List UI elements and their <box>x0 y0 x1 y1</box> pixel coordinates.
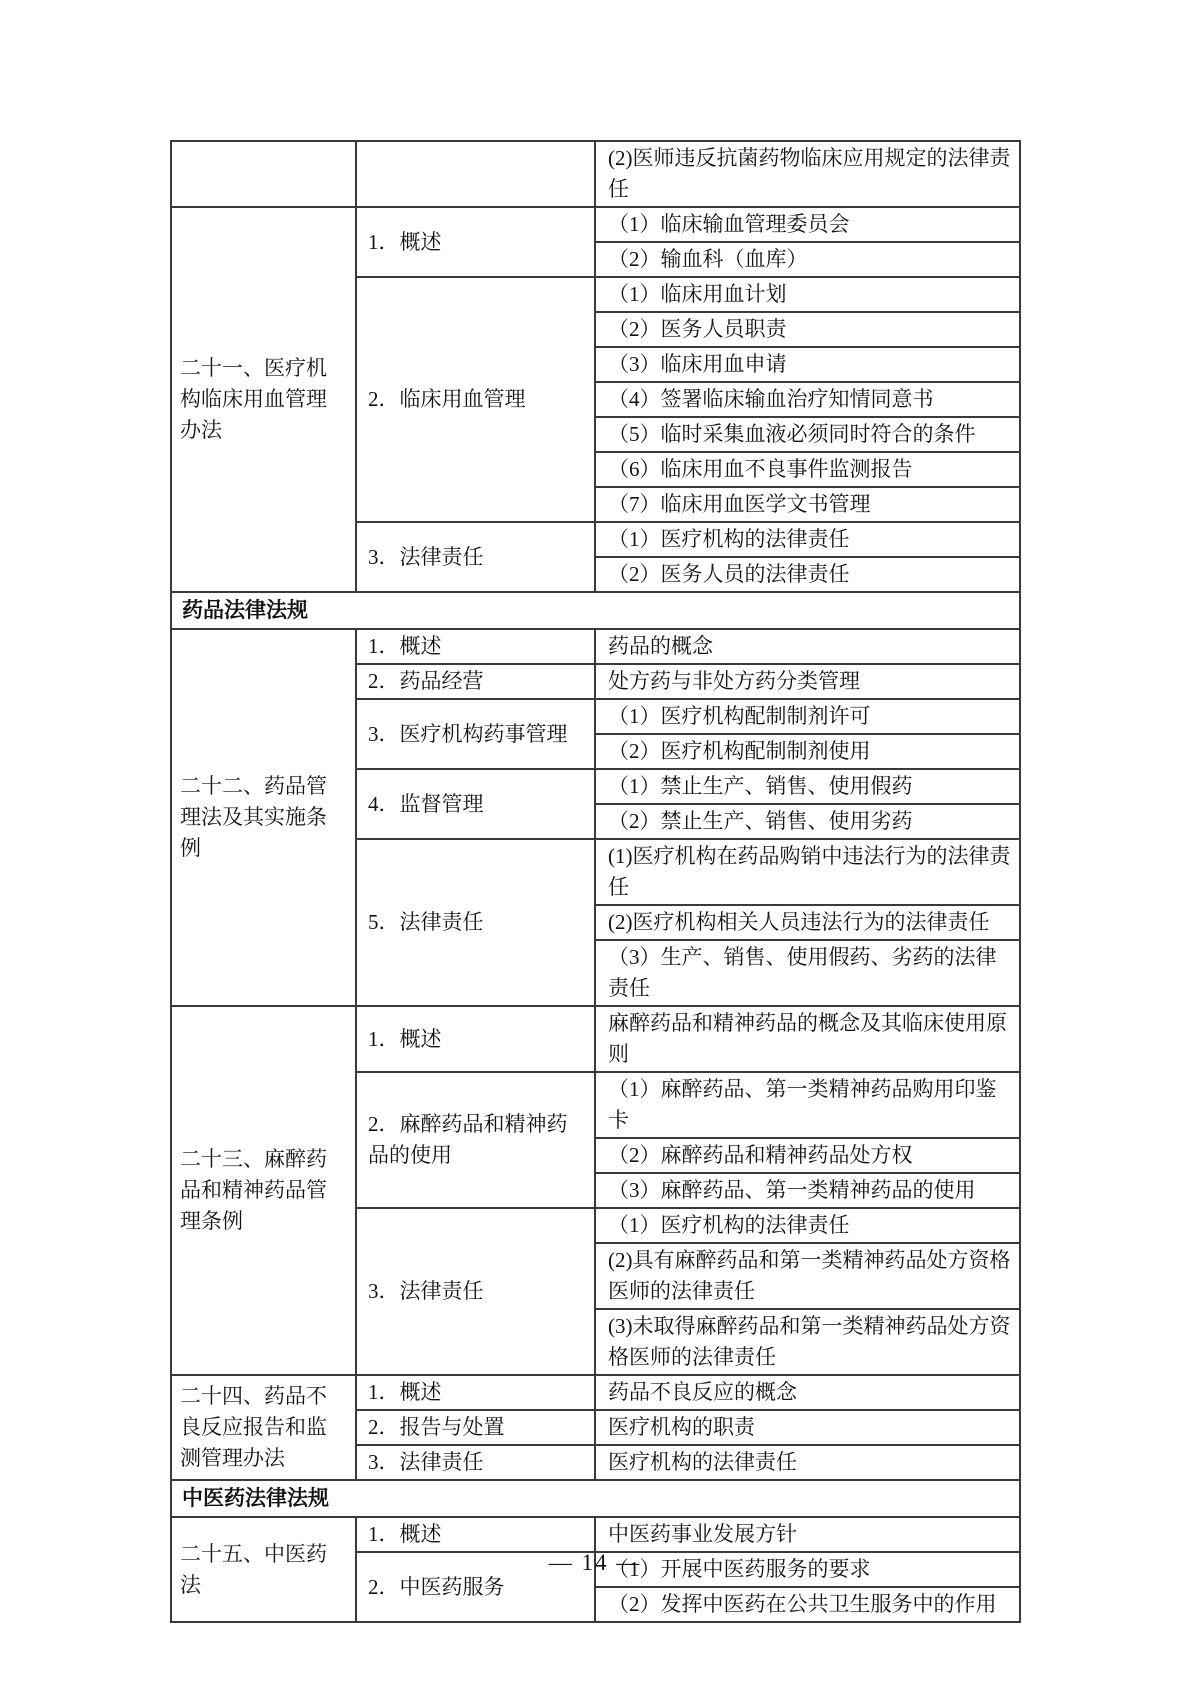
topic-cell: 3．法律责任 <box>356 1208 595 1375</box>
table-row: 二十五、中医药法 1．概述 中医药事业发展方针 <box>171 1517 1020 1552</box>
detail-cell: （3）临床用血申请 <box>595 347 1020 382</box>
detail-cell: （7）临床用血医学文书管理 <box>595 487 1020 522</box>
detail-cell: 药品的概念 <box>595 629 1020 664</box>
detail-cell: （1）临床输血管理委员会 <box>595 207 1020 242</box>
topic-cell: 3．法律责任 <box>356 1445 595 1480</box>
topic-cell: 2．麻醉药品和精神药品的使用 <box>356 1072 595 1208</box>
topic-cell: 3．医疗机构药事管理 <box>356 699 595 769</box>
empty-cell <box>171 141 356 207</box>
topic-cell: 4．监督管理 <box>356 769 595 839</box>
detail-cell: （3）生产、销售、使用假药、劣药的法律责任 <box>595 940 1020 1006</box>
topic-cell: 1．概述 <box>356 1517 595 1552</box>
page-number: — 14 — <box>0 1550 1190 1576</box>
detail-cell: （2）发挥中医药在公共卫生服务中的作用 <box>595 1587 1020 1622</box>
detail-cell: （1）禁止生产、销售、使用假药 <box>595 769 1020 804</box>
detail-cell: 医疗机构的法律责任 <box>595 1445 1020 1480</box>
detail-cell: （2）麻醉药品和精神药品处方权 <box>595 1138 1020 1173</box>
detail-cell: （4）签署临床输血治疗知情同意书 <box>595 382 1020 417</box>
table-row: 二十一、医疗机构临床用血管理办法 1．概述 （1）临床输血管理委员会 <box>171 207 1020 242</box>
detail-cell: （2）医务人员的法律责任 <box>595 557 1020 592</box>
detail-cell: （2）医疗机构配制制剂使用 <box>595 734 1020 769</box>
detail-cell: (2)医疗机构相关人员违法行为的法律责任 <box>595 905 1020 940</box>
topic-cell: 2．临床用血管理 <box>356 277 595 522</box>
detail-cell: 麻醉药品和精神药品的概念及其临床使用原则 <box>595 1006 1020 1072</box>
detail-cell: (3)未取得麻醉药品和第一类精神药品处方资格医师的法律责任 <box>595 1309 1020 1375</box>
section-title-cell: 二十三、麻醉药品和精神药品管理条例 <box>171 1006 356 1375</box>
detail-cell: （5）临时采集血液必须同时符合的条件 <box>595 417 1020 452</box>
detail-cell: 处方药与非处方药分类管理 <box>595 664 1020 699</box>
section-title-cell: 二十一、医疗机构临床用血管理办法 <box>171 207 356 592</box>
detail-cell: （2）医务人员职责 <box>595 312 1020 347</box>
detail-cell: (2)医师违反抗菌药物临床应用规定的法律责任 <box>595 141 1020 207</box>
table-row: 药品法律法规 <box>171 592 1020 629</box>
topic-cell: 1．概述 <box>356 1006 595 1072</box>
section-title-cell: 二十二、药品管理法及其实施条例 <box>171 629 356 1006</box>
topic-cell: 1．概述 <box>356 629 595 664</box>
detail-cell: （1）麻醉药品、第一类精神药品购用印鉴卡 <box>595 1072 1020 1138</box>
detail-cell: （6）临床用血不良事件监测报告 <box>595 452 1020 487</box>
detail-cell: （3）麻醉药品、第一类精神药品的使用 <box>595 1173 1020 1208</box>
table-row: 二十二、药品管理法及其实施条例 1．概述 药品的概念 <box>171 629 1020 664</box>
table-row: 中医药法律法规 <box>171 1480 1020 1517</box>
topic-cell: 5．法律责任 <box>356 839 595 1006</box>
detail-cell: （1）医疗机构的法律责任 <box>595 1208 1020 1243</box>
detail-cell: (1)医疗机构在药品购销中违法行为的法律责任 <box>595 839 1020 905</box>
syllabus-table: (2)医师违反抗菌药物临床应用规定的法律责任 二十一、医疗机构临床用血管理办法 … <box>170 140 1021 1623</box>
detail-cell: （2）输血科（血库） <box>595 242 1020 277</box>
detail-cell: 中医药事业发展方针 <box>595 1517 1020 1552</box>
topic-cell: 2．药品经营 <box>356 664 595 699</box>
category-header-cell: 中医药法律法规 <box>171 1480 1020 1517</box>
detail-cell: 药品不良反应的概念 <box>595 1375 1020 1410</box>
detail-cell: （1）医疗机构的法律责任 <box>595 522 1020 557</box>
topic-cell: 1．概述 <box>356 207 595 277</box>
topic-cell: 3．法律责任 <box>356 522 595 592</box>
table-row: (2)医师违反抗菌药物临床应用规定的法律责任 <box>171 141 1020 207</box>
detail-cell: 医疗机构的职责 <box>595 1410 1020 1445</box>
category-header-cell: 药品法律法规 <box>171 592 1020 629</box>
section-title-cell: 二十四、药品不良反应报告和监测管理办法 <box>171 1375 356 1480</box>
document-page: (2)医师违反抗菌药物临床应用规定的法律责任 二十一、医疗机构临床用血管理办法 … <box>0 0 1190 1683</box>
empty-cell <box>356 141 595 207</box>
detail-cell: (2)具有麻醉药品和第一类精神药品处方资格医师的法律责任 <box>595 1243 1020 1309</box>
table-row: 二十三、麻醉药品和精神药品管理条例 1．概述 麻醉药品和精神药品的概念及其临床使… <box>171 1006 1020 1072</box>
detail-cell: （2）禁止生产、销售、使用劣药 <box>595 804 1020 839</box>
topic-cell: 2．报告与处置 <box>356 1410 595 1445</box>
topic-cell: 1．概述 <box>356 1375 595 1410</box>
detail-cell: （1）医疗机构配制制剂许可 <box>595 699 1020 734</box>
detail-cell: （1）临床用血计划 <box>595 277 1020 312</box>
table-row: 二十四、药品不良反应报告和监测管理办法 1．概述 药品不良反应的概念 <box>171 1375 1020 1410</box>
